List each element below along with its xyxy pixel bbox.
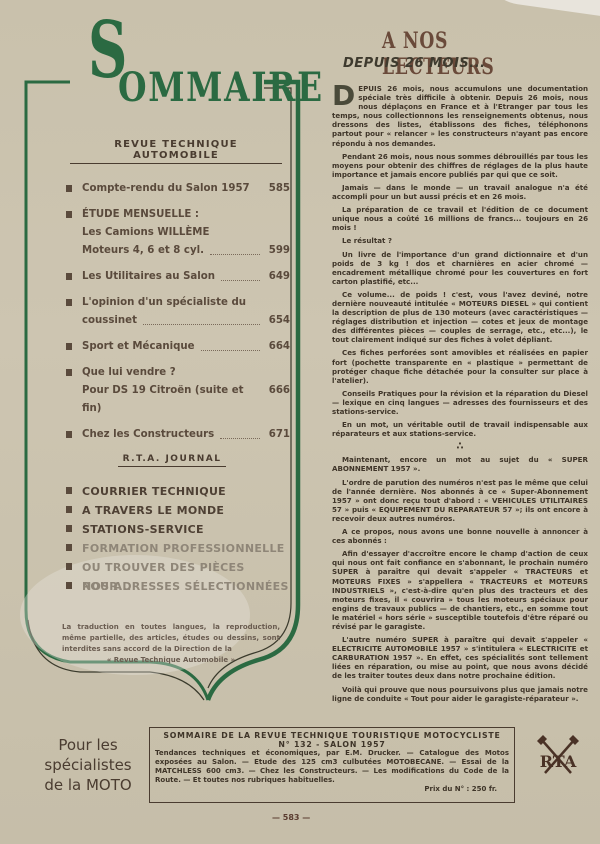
moto-tagline: Pour lesspécialistesde la MOTO: [28, 735, 148, 795]
article-subtitle: DEPUIS 26 MOIS...: [343, 56, 486, 71]
bullet-icon: [66, 211, 72, 218]
toc-text: Chez les Constructeurs: [82, 426, 214, 444]
notice-text: La traduction en toutes langues, la repr…: [62, 623, 280, 653]
bullet-icon: [66, 185, 72, 192]
bullet-icon: [66, 431, 72, 438]
toc-page-number: 654: [266, 312, 290, 330]
toc-text: Que lui vendre ?: [82, 364, 176, 382]
bullet-icon: [66, 525, 72, 532]
toc-page-number: 664: [266, 338, 290, 356]
box-title: SOMMAIRE DE LA REVUE TECHNIQUE TOURISTIQ…: [155, 731, 509, 740]
copyright-notice: La traduction en toutes langues, la repr…: [62, 622, 280, 666]
article-paragraph: A ce propos, nous avons une bonne nouvel…: [332, 527, 588, 545]
article-paragraph: Jamais — dans le monde — un travail anal…: [332, 183, 588, 201]
article-paragraph: DEPUIS 26 mois, nous accumulons une docu…: [332, 84, 588, 148]
bullet-icon: [66, 582, 72, 589]
toc-text: L'opinion d'un spécialiste du: [82, 294, 246, 312]
toc-text: Moteurs 4, 6 et 8 cyl.: [82, 242, 204, 260]
rta-logo-icon: RTA: [533, 733, 583, 779]
article-paragraph: Un livre de l'importance d'un grand dict…: [332, 250, 588, 286]
bullet-icon: [66, 299, 72, 306]
toc-item: Compte-rendu du Salon 1957585: [66, 180, 290, 198]
journal-item: COURRIER TECHNIQUE: [66, 482, 296, 501]
journal-item: A TRAVERS LE MONDE: [66, 501, 296, 520]
toc-item: Chez les Constructeurs671: [66, 426, 290, 444]
sommaire-title: S OMMAIRE: [88, 12, 288, 112]
table-of-contents: Compte-rendu du Salon 1957585ÉTUDE MENSU…: [66, 180, 290, 452]
toc-text: Les Utilitaires au Salon: [82, 268, 215, 286]
article-paragraph: Ces fiches perforées sont amovibles et r…: [332, 348, 588, 384]
article-paragraph: Pendant 26 mois, nous nous sommes débrou…: [332, 152, 588, 179]
article-paragraph: Maintenant, encore un mot au sujet du « …: [332, 455, 588, 473]
article-paragraph: Le résultat ?: [332, 236, 588, 245]
toc-page-number: 649: [266, 268, 290, 286]
journal-heading: R.T.A. JOURNAL: [118, 454, 226, 467]
tagline-line: de la MOTO: [28, 775, 148, 795]
tagline-line: spécialistes: [28, 755, 148, 775]
toc-text: Pour DS 19 Citroën (suite et fin): [82, 382, 254, 418]
toc-page-number: 585: [266, 180, 290, 198]
box-price: Prix du N° : 250 fr.: [155, 785, 509, 794]
revue-subtitle: REVUE TECHNIQUE AUTOMOBILE: [70, 139, 282, 164]
bullet-icon: [66, 506, 72, 513]
article-paragraph: L'ordre de parution des numéros n'est pa…: [332, 478, 588, 523]
journal-list: COURRIER TECHNIQUEA TRAVERS LE MONDESTAT…: [66, 482, 296, 596]
separator: ∴: [332, 442, 588, 451]
box-issue: N° 132 - SALON 1957: [155, 740, 509, 749]
article-paragraph: L'autre numéro SUPER à paraître qui deva…: [332, 635, 588, 680]
article-paragraph: Voilà qui prouve que nous poursuivons pl…: [332, 685, 588, 703]
bullet-icon: [66, 563, 72, 570]
toc-text: ÉTUDE MENSUELLE :: [82, 206, 199, 224]
toc-page-number: 671: [266, 426, 290, 444]
article-title: A NOS LECTEURS: [382, 28, 552, 80]
toc-item: ÉTUDE MENSUELLE :Les Camions WILLÈMEMote…: [66, 206, 290, 260]
journal-item: OU TROUVER DES PIÈCES POUR...: [66, 558, 296, 577]
article-body: DEPUIS 26 mois, nous accumulons une docu…: [332, 84, 588, 707]
article-paragraph: En un mot, un véritable outil de travail…: [332, 420, 588, 438]
bullet-icon: [66, 343, 72, 350]
bullet-icon: [66, 273, 72, 280]
toc-page-number: 666: [266, 382, 290, 418]
bullet-icon: [66, 369, 72, 376]
tagline-line: Pour les: [28, 735, 148, 755]
bullet-icon: [66, 544, 72, 551]
journal-item: NOS ADRESSES SÉLECTIONNÉES: [66, 577, 296, 596]
toc-item: Sport et Mécanique664: [66, 338, 290, 356]
page-number: — 583 —: [272, 813, 310, 822]
toc-item: Que lui vendre ?Pour DS 19 Citroën (suit…: [66, 364, 290, 418]
toc-item: L'opinion d'un spécialiste ducoussinet65…: [66, 294, 290, 330]
toc-page-number: 599: [266, 242, 290, 260]
journal-item: FORMATION PROFESSIONNELLE: [66, 539, 296, 558]
bullet-icon: [66, 487, 72, 494]
article-paragraph: Ce volume... de poids ! c'est, vous l'av…: [332, 290, 588, 345]
drop-cap: D: [332, 84, 355, 108]
box-body: Tendances techniques et économiques, par…: [155, 749, 509, 785]
page-curl: [478, 0, 600, 21]
article-paragraph: Conseils Pratiques pour la révision et l…: [332, 389, 588, 416]
notice-end: « Revue Technique Automobile »: [62, 655, 280, 666]
article-paragraph: La préparation de ce travail et l'éditio…: [332, 205, 588, 232]
toc-text: Compte-rendu du Salon 1957: [82, 180, 250, 198]
journal-item: STATIONS-SERVICE: [66, 520, 296, 539]
toc-text: coussinet: [82, 312, 137, 330]
title-rest: OMMAIRE: [118, 64, 324, 111]
toc-text: Les Camions WILLÈME: [82, 224, 209, 242]
article-paragraph: Afin d'essayer d'accroître encore le cha…: [332, 549, 588, 631]
moto-summary-box: SOMMAIRE DE LA REVUE TECHNIQUE TOURISTIQ…: [149, 727, 515, 803]
toc-text: Sport et Mécanique: [82, 338, 195, 356]
svg-text:RTA: RTA: [540, 752, 577, 771]
toc-item: Les Utilitaires au Salon649: [66, 268, 290, 286]
